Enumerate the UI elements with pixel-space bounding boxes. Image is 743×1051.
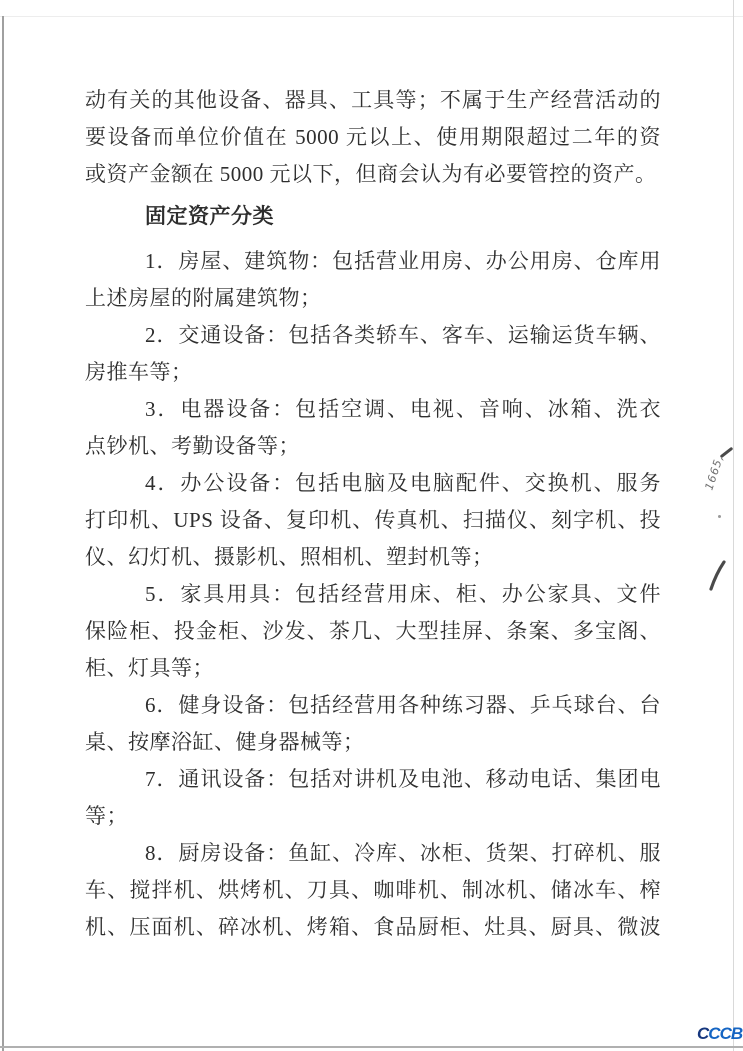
text-line: 车、搅拌机、烘烤机、刀具、咖啡机、制冰机、储冰车、榨汁 — [85, 872, 661, 909]
text-line: 4．办公设备：包括电脑及电脑配件、交换机、服务器、 — [85, 465, 661, 502]
cccb-logo: CCCB — [697, 1024, 742, 1044]
text-line: 5．家具用具：包括经营用床、柜、办公家具、文件柜、 — [85, 576, 661, 613]
pen-mark-curve-icon — [706, 558, 728, 599]
page-edge-bottom-line — [0, 1046, 743, 1048]
text-line: 8．厨房设备：鱼缸、冷库、冰柜、货架、打碎机、服务 — [85, 835, 661, 872]
text-line: 上述房屋的附属建筑物； — [85, 280, 661, 317]
section-heading: 固定资产分类 — [85, 198, 661, 235]
text-line: 柜、灯具等； — [85, 650, 661, 687]
pen-mark-scribble: 1665, — [703, 446, 730, 492]
text-line: 房推车等； — [85, 354, 661, 391]
text-line: 要设备而单位价值在 5000 元以上、使用期限超过二年的资产； — [85, 119, 661, 156]
text-line: 1．房屋、建筑物：包括营业用房、办公用房、仓库用房及 — [85, 243, 661, 280]
text-line: 仪、幻灯机、摄影机、照相机、塑封机等； — [85, 539, 661, 576]
text-line: 桌、按摩浴缸、健身器械等； — [85, 724, 661, 761]
cccb-logo-letter: B — [731, 1024, 742, 1043]
text-line: 7．通讯设备：包括对讲机及电池、移动电话、集团电话 — [85, 761, 661, 798]
text-line: 等； — [85, 798, 661, 835]
text-line: 2．交通设备：包括各类轿车、客车、运输运货车辆、客 — [85, 317, 661, 354]
text-line: 或资产金额在 5000 元以下，但商会认为有必要管控的资产。 — [85, 156, 661, 193]
document-text: 动有关的其他设备、器具、工具等；不属于生产经营活动的主要设备而单位价值在 500… — [85, 82, 661, 946]
pen-mark-dot — [718, 515, 721, 518]
text-line: 点钞机、考勤设备等； — [85, 428, 661, 465]
text-line: 动有关的其他设备、器具、工具等；不属于生产经营活动的主 — [85, 82, 661, 119]
text-line: 3．电器设备：包括空调、电视、音响、冰箱、洗衣机、 — [85, 391, 661, 428]
page-edge-right-line — [733, 0, 734, 1051]
text-line: 6．健身设备：包括经营用各种练习器、乒乓球台、台球 — [85, 687, 661, 724]
text-line: 机、压面机、碎冰机、烤箱、食品厨柜、灶具、厨具、微波炉、 — [85, 909, 661, 946]
page-edge-top-line — [0, 16, 743, 17]
cccb-logo-letter: C — [708, 1024, 719, 1043]
page-edge-left-line — [2, 16, 4, 1051]
text-line: 保险柜、投金柜、沙发、茶几、大型挂屏、条案、多宝阁、橱 — [85, 613, 661, 650]
scanned-document-page: 动有关的其他设备、器具、工具等；不属于生产经营活动的主要设备而单位价值在 500… — [0, 0, 743, 1051]
text-line: 打印机、UPS 设备、复印机、传真机、扫描仪、刻字机、投影 — [85, 502, 661, 539]
cccb-logo-letter: C — [697, 1024, 708, 1043]
cccb-logo-letter: C — [720, 1024, 731, 1043]
